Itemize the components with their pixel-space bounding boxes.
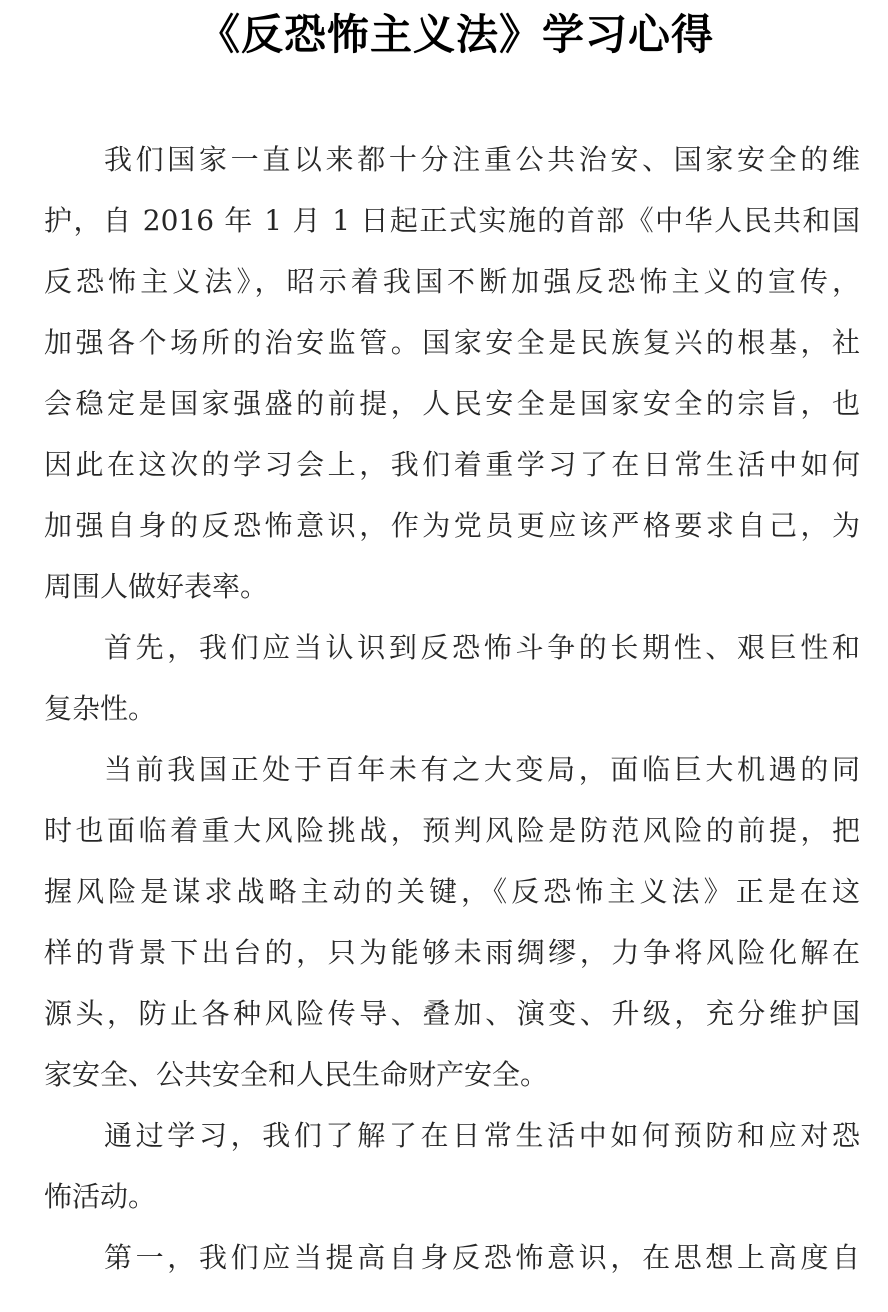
text-line: 第一，我们应当提高自身反恐怖意识，在思想上高度自 [44, 1227, 860, 1288]
text-line: 反恐怖主义法》，昭示着我国不断加强反恐怖主义的宣传， [44, 251, 860, 312]
text-line: 样的背景下出台的，只为能够未雨绸缪，力争将风险化解在 [44, 922, 860, 983]
text-line: 周围人做好表率。 [44, 556, 860, 617]
text-line: 加强各个场所的治安监管。国家安全是民族复兴的根基，社 [44, 312, 860, 373]
document-body: 我们国家一直以来都十分注重公共治安、国家安全的维 护，自 2016 年 1 月 … [44, 129, 860, 1288]
text-line: 怖活动。 [44, 1166, 860, 1227]
text-line: 握风险是谋求战略主动的关键，《反恐怖主义法》正是在这 [44, 861, 860, 922]
text-line: 时也面临着重大风险挑战，预判风险是防范风险的前提，把 [44, 800, 860, 861]
text-line: 会稳定是国家强盛的前提，人民安全是国家安全的宗旨，也 [44, 373, 860, 434]
text-line: 首先，我们应当认识到反恐怖斗争的长期性、艰巨性和 [44, 617, 860, 678]
text-line: 我们国家一直以来都十分注重公共治安、国家安全的维 [44, 129, 860, 190]
text-line: 源头，防止各种风险传导、叠加、演变、升级，充分维护国 [44, 983, 860, 1044]
text-line: 当前我国正处于百年未有之大变局，面临巨大机遇的同 [44, 739, 860, 800]
text-line: 护，自 2016 年 1 月 1 日起正式实施的首部《中华人民共和国 [44, 190, 860, 251]
text-line: 家安全、公共安全和人民生命财产安全。 [44, 1044, 860, 1105]
document-page: 《反恐怖主义法》学习心得 我们国家一直以来都十分注重公共治安、国家安全的维 护，… [0, 0, 888, 1312]
text-line: 加强自身的反恐怖意识，作为党员更应该严格要求自己，为 [44, 495, 860, 556]
text-line: 因此在这次的学习会上，我们着重学习了在日常生活中如何 [44, 434, 860, 495]
text-line: 复杂性。 [44, 678, 860, 739]
text-line: 通过学习，我们了解了在日常生活中如何预防和应对恐 [44, 1105, 860, 1166]
document-title: 《反恐怖主义法》学习心得 [24, 9, 888, 61]
